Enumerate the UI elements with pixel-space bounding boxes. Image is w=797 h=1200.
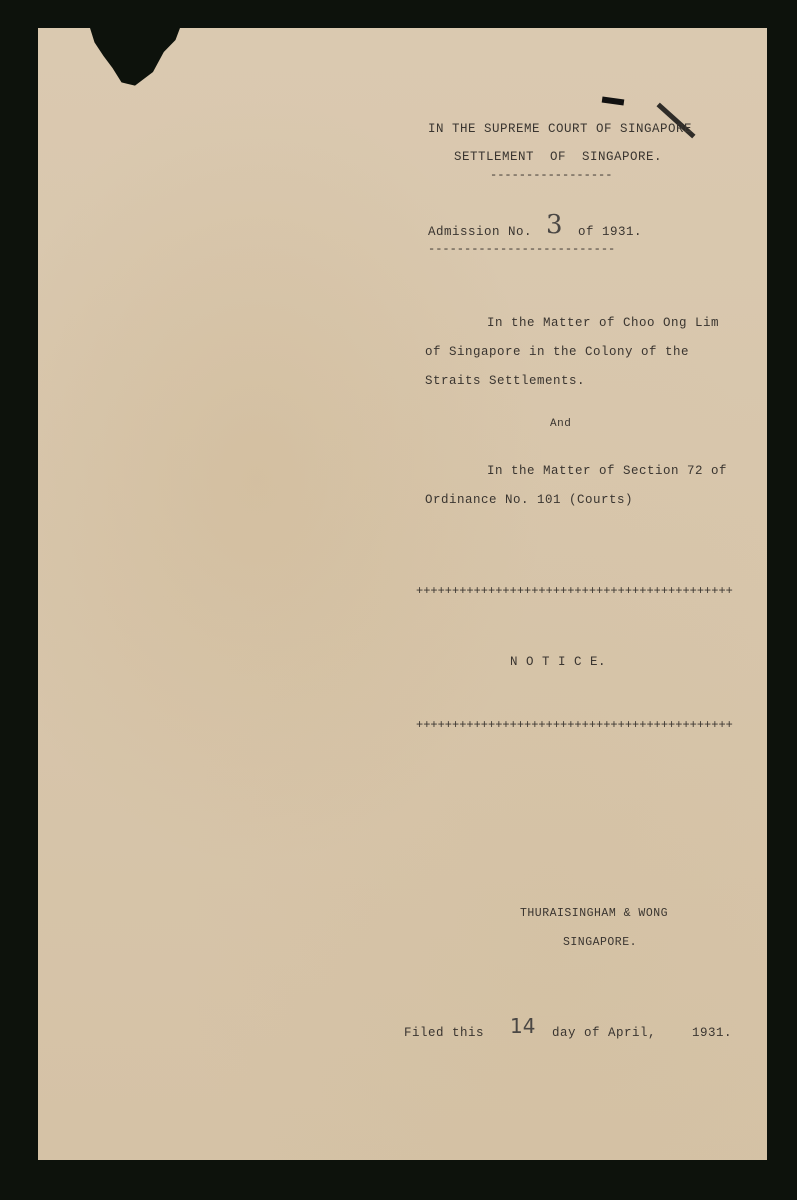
filed-year: 1931. (692, 1026, 732, 1040)
filed-day: 14 (510, 1014, 535, 1038)
matter1-line3: Straits Settlements. (425, 374, 585, 388)
filed-suffix: day of April, (552, 1026, 656, 1040)
plus-rule-bottom: ++++++++++++++++++++++++++++++++++++++++… (416, 718, 766, 732)
settlement-heading: SETTLEMENT OF SINGAPORE. (454, 150, 662, 164)
heading-rule: ----------------- (490, 168, 612, 182)
firm-name: THURAISINGHAM & WONG (520, 907, 668, 920)
matter1-line2: of Singapore in the Colony of the (425, 345, 689, 359)
admission-year: of 1931. (578, 225, 642, 239)
matter2-line1: In the Matter of Section 72 of (487, 464, 727, 478)
and-connector: And (550, 418, 571, 430)
admission-rule: -------------------------- (428, 242, 615, 256)
notice-title: N O T I C E. (510, 655, 606, 669)
plus-rule-top: ++++++++++++++++++++++++++++++++++++++++… (416, 584, 766, 598)
matter2-line2: Ordinance No. 101 (Courts) (425, 493, 633, 507)
filed-prefix: Filed this (404, 1026, 484, 1040)
matter1-line1: In the Matter of Choo Ong Lim (487, 316, 719, 330)
court-heading: IN THE SUPREME COURT OF SINGAPORE (428, 122, 692, 136)
admission-label: Admission No. (428, 225, 532, 239)
firm-city: SINGAPORE. (563, 936, 637, 949)
admission-number: 3 (546, 210, 563, 240)
